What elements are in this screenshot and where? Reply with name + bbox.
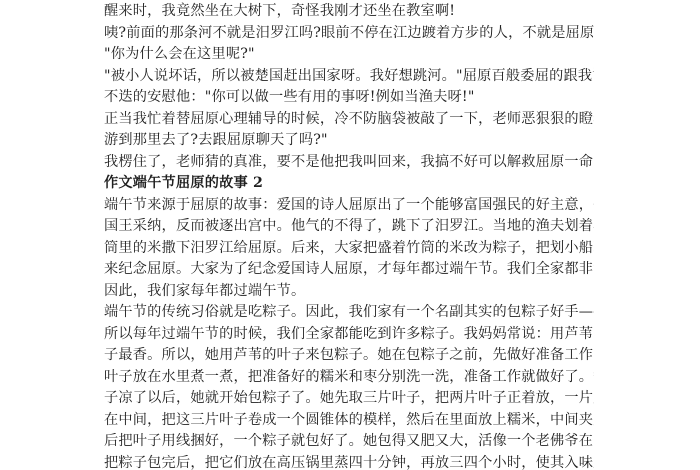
- text-line-8: 我楞住了，老师猜的真准，要不是他把我叫回来，我搞不好可以解救屈原一命呢!唉!: [104, 152, 594, 174]
- text-line-12: 筒里的米撒下汨罗江给屈原。后来，大家把盛着竹筒的米改为粽子，把划小船改为赛龙船: [104, 238, 594, 260]
- document-page: 醒来时，我竟然坐在大树下，奇怪我刚才还坐在教室啊! 咦?前面的那条河不就是汨罗江…: [104, 1, 594, 470]
- text-line-20: 在中间，把这三片叶子卷成一个圆锥体的模样，然后在里面放上糯米，中间夹几个枣，最: [104, 410, 594, 432]
- text-line-21: 后把叶子用线捆好，一个粽子就包好了。她包得又肥又大，活像一个老佛爷在睡觉。等她: [104, 431, 594, 453]
- text-line-14: 因此，我们家每年都过端午节。: [104, 281, 594, 303]
- text-line-15: 端午节的传统习俗就是吃粽子。因此，我们家有一个名副其实的包粽子好手——我妈妈。: [104, 302, 594, 324]
- text-line-10: 端午节来源于屈原的故事：爱国的诗人屈原出了一个能够富国强民的好主意，但是没有被: [104, 195, 594, 217]
- text-line-1: 醒来时，我竟然坐在大树下，奇怪我刚才还坐在教室啊!: [104, 1, 594, 23]
- text-line-11: 国王采纳，反而被逐出宫中。他气的不得了，跳下了汨罗江。当地的渔夫划着小船去把竹: [104, 216, 594, 238]
- text-line-19: 子凉了以后，她就开始包粽子了。她先取三片叶子，把两片叶子正着放，一片反着放，夹: [104, 388, 594, 410]
- text-line-22: 把粽子包完后，把它们放在高压锅里蒸四十分钟，再放三四个小时，使其入味后，就可以: [104, 453, 594, 470]
- text-line-18: 叶子放在水里煮一煮，把准备好的糯米和枣分别洗一洗，准备工作就做好了。等芦苇的叶: [104, 367, 594, 389]
- text-line-17: 子最香。所以，她用芦苇的叶子来包粽子。她在包粽子之前，先做好准备工作：把芦苇的: [104, 345, 594, 367]
- text-line-5: 不迭的安慰他："你可以做一些有用的事呀!例如当渔夫呀!": [104, 87, 594, 109]
- text-line-6: 正当我忙着替屈原心理辅导的时候，冷不防脑袋被敲了一下，老师恶狠狠的瞪着我："你神: [104, 109, 594, 131]
- text-line-16: 所以每年过端午节的时候，我们全家都能吃到许多粽子。我妈妈常说：用芦苇的叶子包粽: [104, 324, 594, 346]
- text-line-2: 咦?前面的那条河不就是汨罗江吗?眼前不停在江边踱着方步的人，不就是屈原吗?: [104, 23, 594, 45]
- section-heading: 作文端午节屈原的故事 2: [104, 173, 594, 195]
- text-line-3: "你为什么会在这里呢?": [104, 44, 594, 66]
- text-line-4: "被小人说坏话，所以被楚国赶出国家呀。我好想跳河。"屈原百般委屈的跟我诉着苦，我…: [104, 66, 594, 88]
- text-line-13: 来纪念屈原。大家为了纪念爱国诗人屈原，才每年都过端午节。我们全家都非常敬佩屈原，: [104, 259, 594, 281]
- text-line-7: 游到那里去了?去跟屈原聊天了吗?": [104, 130, 594, 152]
